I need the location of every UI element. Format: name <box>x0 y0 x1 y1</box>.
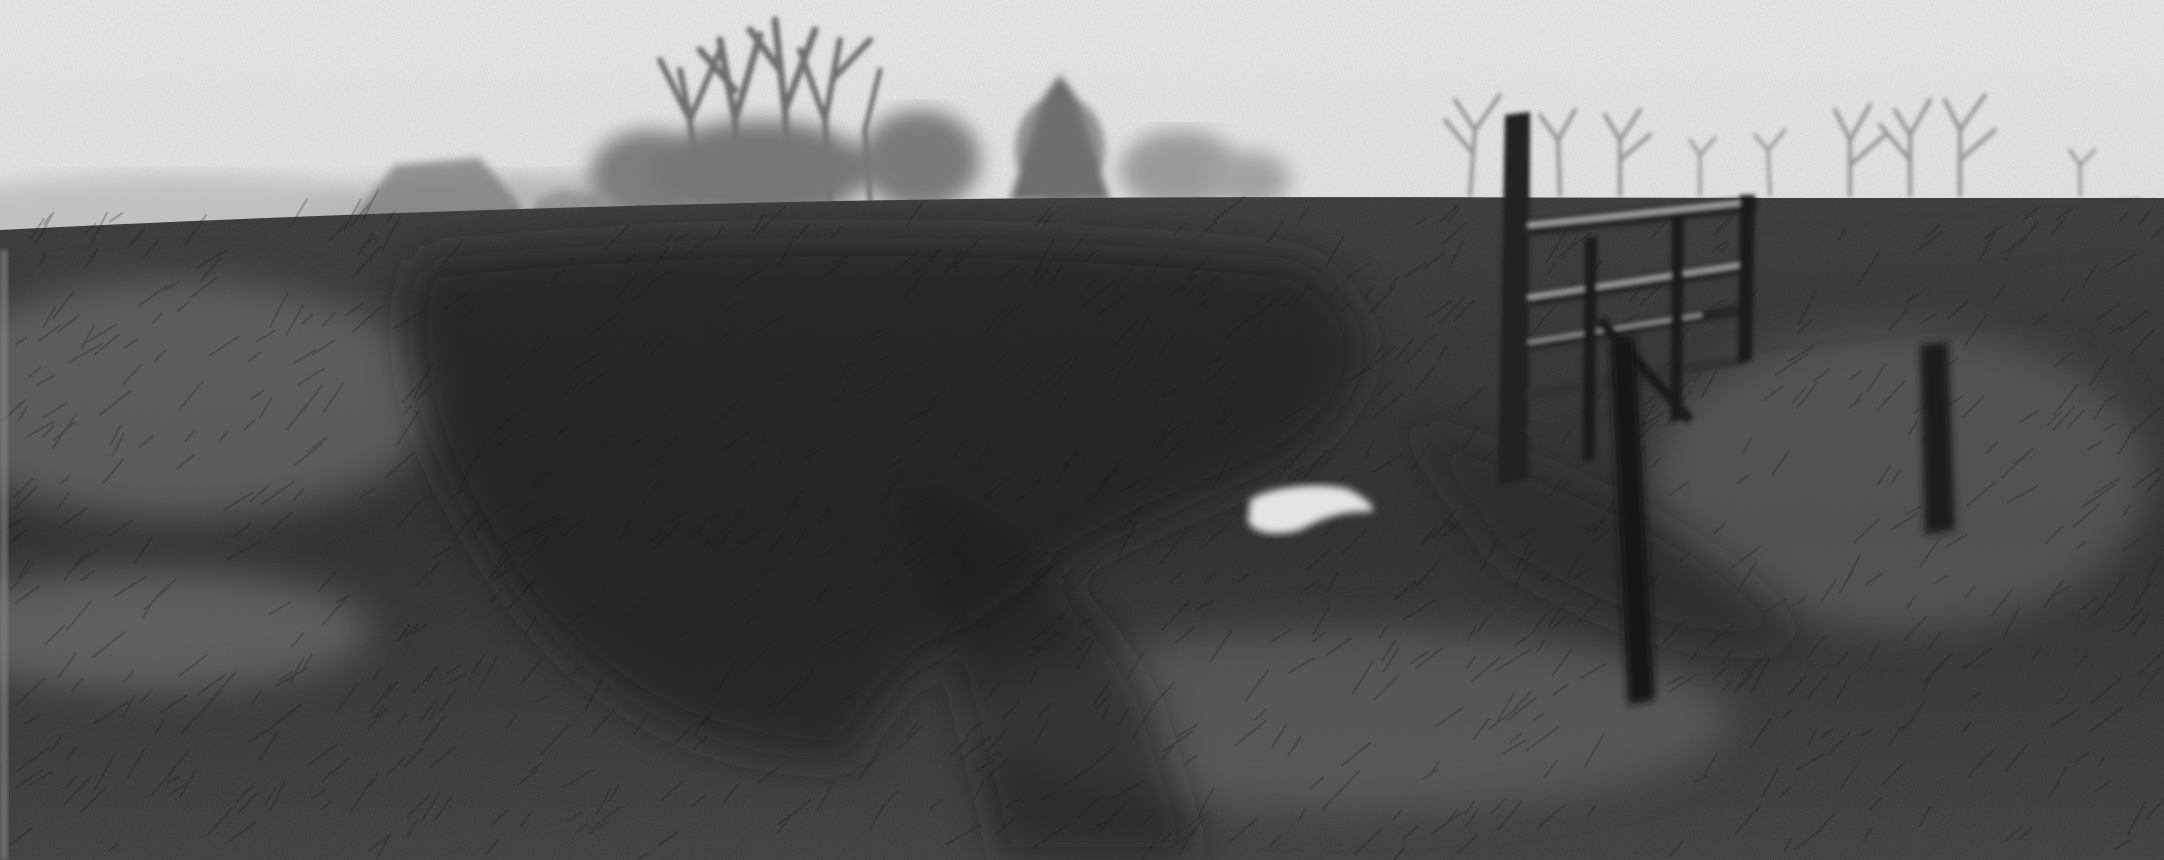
landscape-drawing: Monochrome pencil drawing of a rural fie… <box>0 0 2164 860</box>
left-edge-highlight <box>0 250 8 860</box>
drawing-canvas <box>0 0 2164 860</box>
